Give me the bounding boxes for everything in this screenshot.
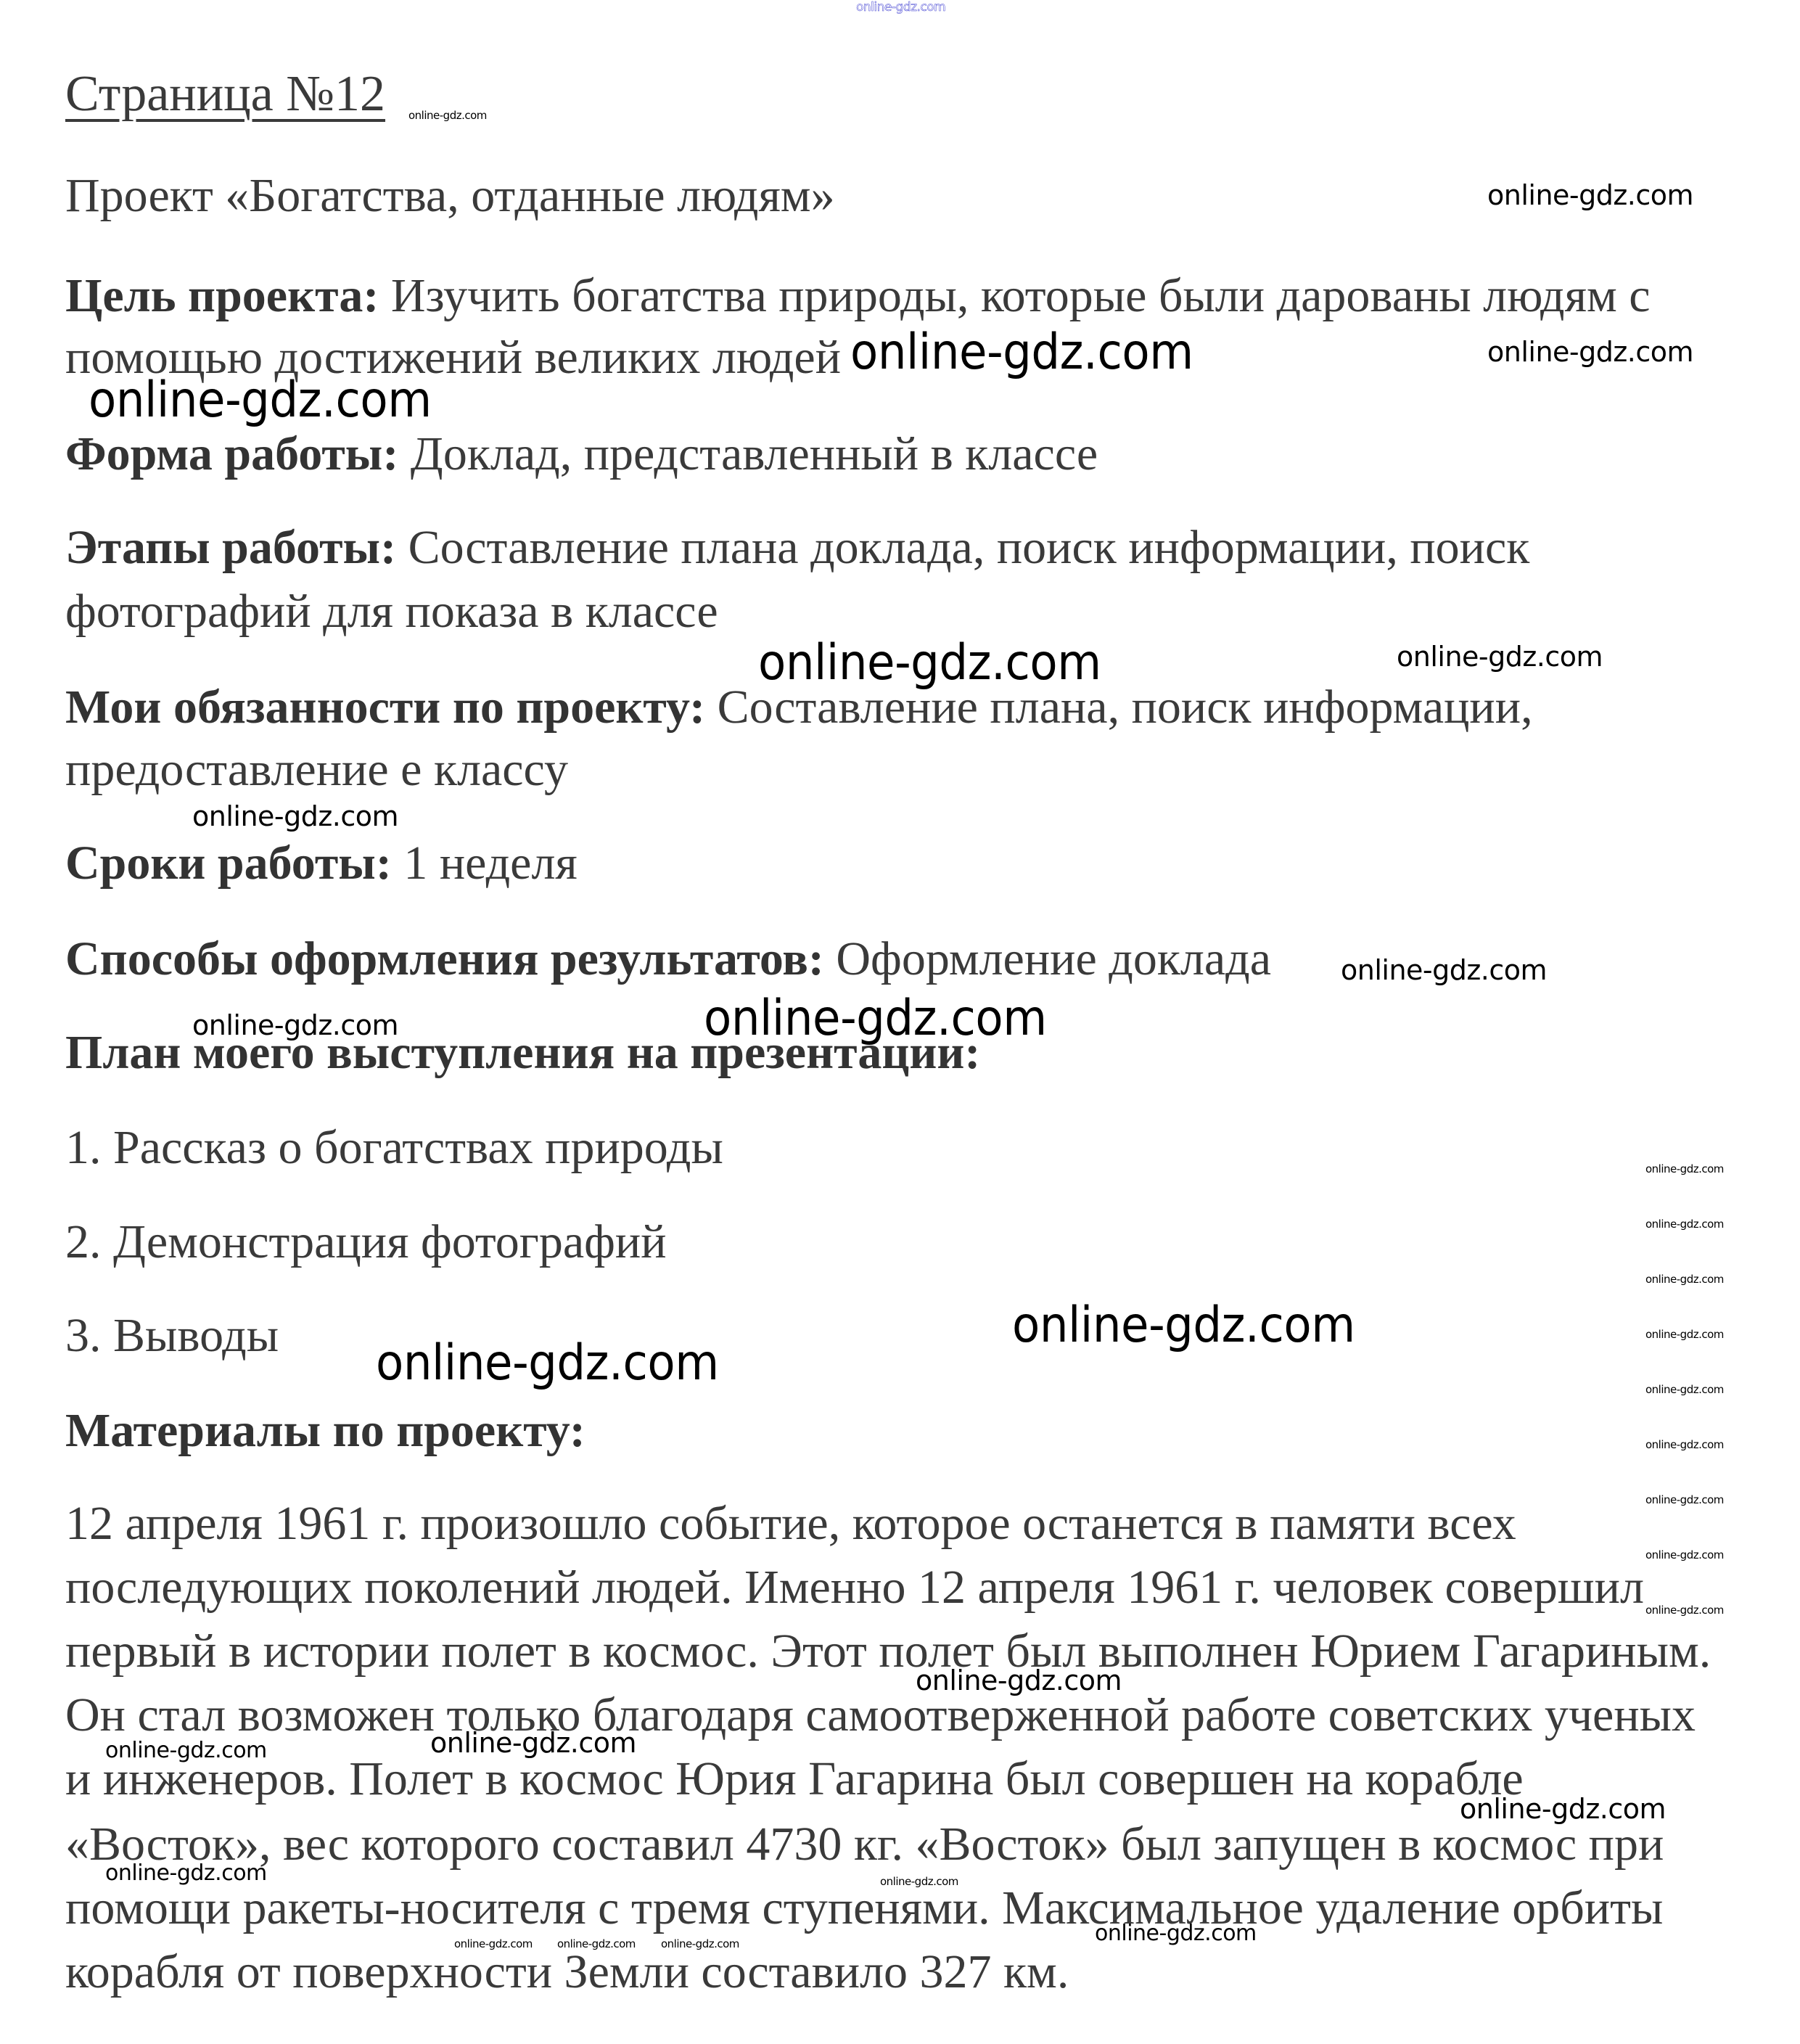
materials-heading-text: Материалы по проекту: — [65, 1404, 585, 1457]
watermark: online-gdz.com — [758, 639, 1101, 688]
materials-line: корабля от поверхности Земли составило 3… — [65, 1948, 1069, 1996]
field-duties-cont: предоставление е классу — [65, 746, 568, 794]
watermark: online-gdz.com — [192, 803, 398, 830]
watermark: online-gdz.com — [1645, 1329, 1724, 1340]
watermark: online-gdz.com — [1645, 1164, 1724, 1175]
field-label: Этапы работы: — [65, 521, 396, 574]
watermark: online-gdz.com — [1645, 1440, 1724, 1450]
watermark: online-gdz.com — [880, 1876, 958, 1887]
watermark: online-gdz.com — [1460, 1795, 1666, 1823]
header-watermark: online-gdz.com — [856, 1, 945, 14]
plan-item: 1. Рассказ о богатствах природы — [65, 1124, 723, 1172]
watermark: online-gdz.com — [557, 1939, 636, 1950]
watermark: online-gdz.com — [1012, 1301, 1355, 1350]
field-value: Изучить богатства природы, которые были … — [391, 269, 1651, 322]
watermark: online-gdz.com — [704, 994, 1047, 1043]
watermark: online-gdz.com — [376, 1339, 719, 1388]
watermark: online-gdz.com — [1487, 338, 1693, 366]
watermark: online-gdz.com — [850, 328, 1193, 377]
watermark: online-gdz.com — [1095, 1923, 1257, 1945]
field-label: Способы оформления результатов: — [65, 932, 824, 985]
watermark: online-gdz.com — [916, 1667, 1122, 1694]
field-label: Сроки работы: — [65, 837, 392, 890]
field-form: Форма работы: Доклад, представленный в к… — [65, 430, 1098, 478]
project-title: Проект «Богатства, отданные людям» — [65, 172, 835, 220]
materials-line: Он стал возможен только благодаря самоот… — [65, 1691, 1696, 1739]
materials-line: 12 апреля 1961 г. произошло событие, кот… — [65, 1500, 1516, 1548]
watermark: online-gdz.com — [1645, 1219, 1724, 1230]
watermark: online-gdz.com — [1341, 956, 1547, 984]
watermark: online-gdz.com — [1397, 643, 1603, 670]
field-label: Мои обязанности по проекту: — [65, 681, 705, 734]
field-deadline: Сроки работы: 1 неделя — [65, 840, 578, 887]
watermark: online-gdz.com — [430, 1729, 636, 1757]
materials-line: последующих поколений людей. Именно 12 а… — [65, 1564, 1644, 1612]
field-stages-cont: фотографий для показа в классе — [65, 588, 718, 636]
materials-line: первый в истории полет в космос. Этот по… — [65, 1628, 1711, 1675]
page-title: Страница №12 — [65, 69, 385, 120]
watermark: online-gdz.com — [105, 1740, 267, 1762]
field-value: 1 неделя — [403, 837, 577, 890]
field-label: Цель проекта: — [65, 269, 379, 322]
plan-item: 3. Выводы — [65, 1312, 279, 1360]
field-label: Форма работы: — [65, 427, 398, 480]
watermark: online-gdz.com — [192, 1011, 398, 1039]
watermark: online-gdz.com — [1645, 1550, 1724, 1561]
watermark: online-gdz.com — [661, 1939, 739, 1950]
materials-line: «Восток», вес которого составил 4730 кг.… — [65, 1821, 1664, 1868]
field-value: Оформление доклада — [836, 932, 1271, 985]
watermark: online-gdz.com — [105, 1863, 267, 1884]
field-stages: Этапы работы: Составление плана доклада,… — [65, 524, 1529, 572]
watermark: online-gdz.com — [1645, 1274, 1724, 1285]
field-goal: Цель проекта: Изучить богатства природы,… — [65, 272, 1651, 320]
field-results-format: Способы оформления результатов: Оформлен… — [65, 935, 1271, 983]
watermark: online-gdz.com — [454, 1939, 533, 1950]
watermark: online-gdz.com — [1487, 181, 1693, 209]
watermark: online-gdz.com — [1645, 1384, 1724, 1395]
plan-item: 2. Демонстрация фотографий — [65, 1218, 667, 1266]
field-value: Доклад, представленный в классе — [411, 427, 1098, 480]
materials-line: помощи ракеты-носителя с тремя ступенями… — [65, 1884, 1663, 1932]
materials-line: и инженеров. Полет в космос Юрия Гагарин… — [65, 1755, 1524, 1803]
watermark: online-gdz.com — [89, 376, 432, 425]
watermark: online-gdz.com — [1645, 1605, 1724, 1616]
watermark: online-gdz.com — [1645, 1495, 1724, 1506]
field-value: Составление плана доклада, поиск информа… — [408, 521, 1530, 574]
materials-heading: Материалы по проекту: — [65, 1407, 585, 1455]
watermark: online-gdz.com — [408, 110, 487, 121]
